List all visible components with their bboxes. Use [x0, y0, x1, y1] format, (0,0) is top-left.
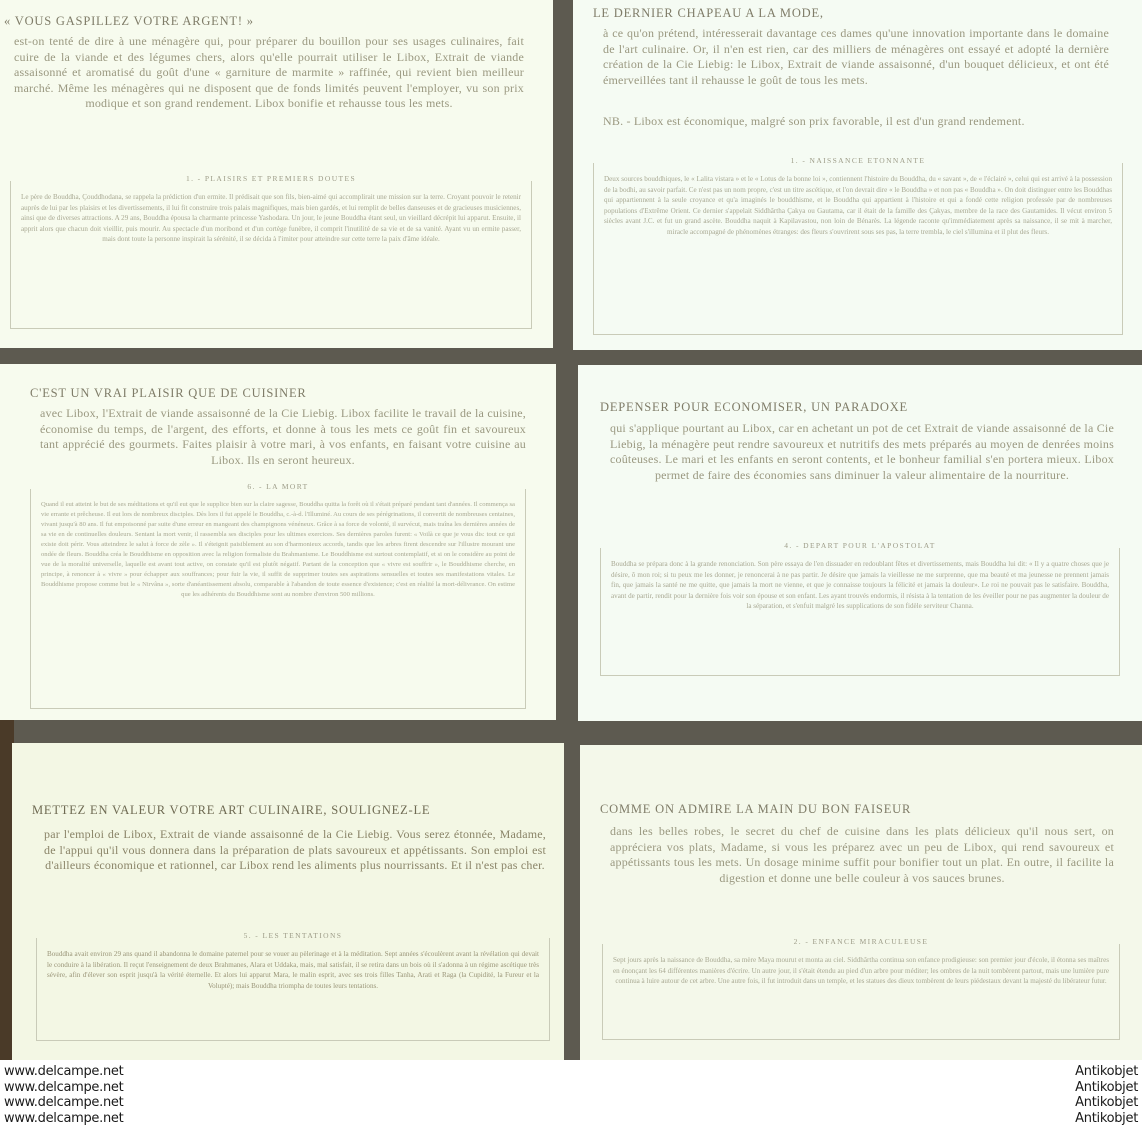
trade-card-gaspillez: « VOUS GASPILLEZ VOTRE ARGENT! » est-on …: [0, 0, 553, 348]
story-box: 6. - LA MORT Quand il eut atteint le but…: [30, 489, 526, 709]
card-body: est-on tenté de dire à une ménagère qui,…: [14, 34, 524, 112]
watermark-delcampe: www.delcampe.net: [4, 1095, 123, 1111]
watermark-antikobjet: Antikobjet: [1075, 1080, 1138, 1096]
card-headline: « VOUS GASPILLEZ VOTRE ARGENT! »: [4, 14, 254, 29]
story-box-text: Deux sources bouddhiques, le « Lalita vi…: [604, 174, 1112, 238]
story-box-title: 1. - NAISSANCE ETONNANTE: [594, 156, 1122, 165]
watermark-antikobjet: Antikobjet: [1075, 1111, 1138, 1127]
card-body: dans les belles robes, le secret du chef…: [610, 824, 1114, 886]
watermark-right-column: Antikobjet Antikobjet Antikobjet Antikob…: [1075, 1064, 1138, 1126]
card-headline: METTEZ EN VALEUR VOTRE ART CULINAIRE, SO…: [32, 803, 430, 818]
story-box-text: Bouddha avait environ 29 ans quand il ab…: [47, 949, 539, 991]
watermark-delcampe: www.delcampe.net: [4, 1111, 123, 1127]
trade-card-bon-faiseur: COMME ON ADMIRE LA MAIN DU BON FAISEUR d…: [580, 745, 1142, 1060]
story-box-text: Quand il eut atteint le but de ses médit…: [41, 500, 515, 600]
watermark-left-column: www.delcampe.net www.delcampe.net www.de…: [4, 1064, 123, 1126]
watermark-delcampe: www.delcampe.net: [4, 1064, 123, 1080]
trade-card-plaisir-cuisiner: C'EST UN VRAI PLAISIR QUE DE CUISINER av…: [0, 364, 556, 720]
photo-background: « VOUS GASPILLEZ VOTRE ARGENT! » est-on …: [0, 0, 1142, 1060]
watermark-strip: www.delcampe.net www.delcampe.net www.de…: [0, 1060, 1142, 1131]
card-body: à ce qu'on prétend, intéresserait davant…: [603, 26, 1109, 88]
card-headline: LE DERNIER CHAPEAU A LA MODE,: [593, 6, 824, 21]
trade-card-depenser: DEPENSER POUR ECONOMISER, UN PARADOXE qu…: [578, 365, 1142, 721]
story-box: 1. - NAISSANCE ETONNANTE Deux sources bo…: [593, 163, 1123, 335]
story-box-title: 2. - ENFANCE MIRACULEUSE: [603, 937, 1119, 946]
story-box-text: Bouddha se prépara donc à la grande reno…: [611, 559, 1109, 612]
story-box-title: 5. - LES TENTATIONS: [37, 931, 549, 940]
trade-card-chapeau: LE DERNIER CHAPEAU A LA MODE, à ce qu'on…: [573, 0, 1142, 350]
card-headline: C'EST UN VRAI PLAISIR QUE DE CUISINER: [30, 386, 307, 401]
story-box-text: Sept jours après la naissance de Bouddha…: [613, 955, 1109, 987]
card-headline: DEPENSER POUR ECONOMISER, UN PARADOXE: [600, 400, 908, 415]
story-box-title: 1. - PLAISIRS ET PREMIERS DOUTES: [11, 174, 531, 183]
watermark-delcampe: www.delcampe.net: [4, 1080, 123, 1096]
story-box: 5. - LES TENTATIONS Bouddha avait enviro…: [36, 938, 550, 1041]
card-body: par l'emploi de Libox, Extrait de viande…: [44, 827, 546, 874]
card-headline: COMME ON ADMIRE LA MAIN DU BON FAISEUR: [600, 802, 911, 817]
story-box-text: Le père de Bouddha, Çouddhodana, se rapp…: [21, 192, 521, 245]
watermark-antikobjet: Antikobjet: [1075, 1064, 1138, 1080]
watermark-antikobjet: Antikobjet: [1075, 1095, 1138, 1111]
card-body: qui s'applique pourtant au Libox, car en…: [610, 421, 1114, 483]
story-box: 1. - PLAISIRS ET PREMIERS DOUTES Le père…: [10, 181, 532, 329]
story-box-title: 6. - LA MORT: [31, 482, 525, 491]
card-note: NB. - Libox est économique, malgré son p…: [603, 114, 1109, 130]
story-box: 2. - ENFANCE MIRACULEUSE Sept jours aprè…: [602, 944, 1120, 1040]
card-body: avec Libox, l'Extrait de viande assaison…: [40, 406, 526, 468]
trade-card-mettez-en-valeur: METTEZ EN VALEUR VOTRE ART CULINAIRE, SO…: [12, 743, 564, 1060]
story-box: 4. - DEPART POUR L'APOSTOLAT Bouddha se …: [600, 548, 1120, 676]
story-box-title: 4. - DEPART POUR L'APOSTOLAT: [601, 541, 1119, 550]
